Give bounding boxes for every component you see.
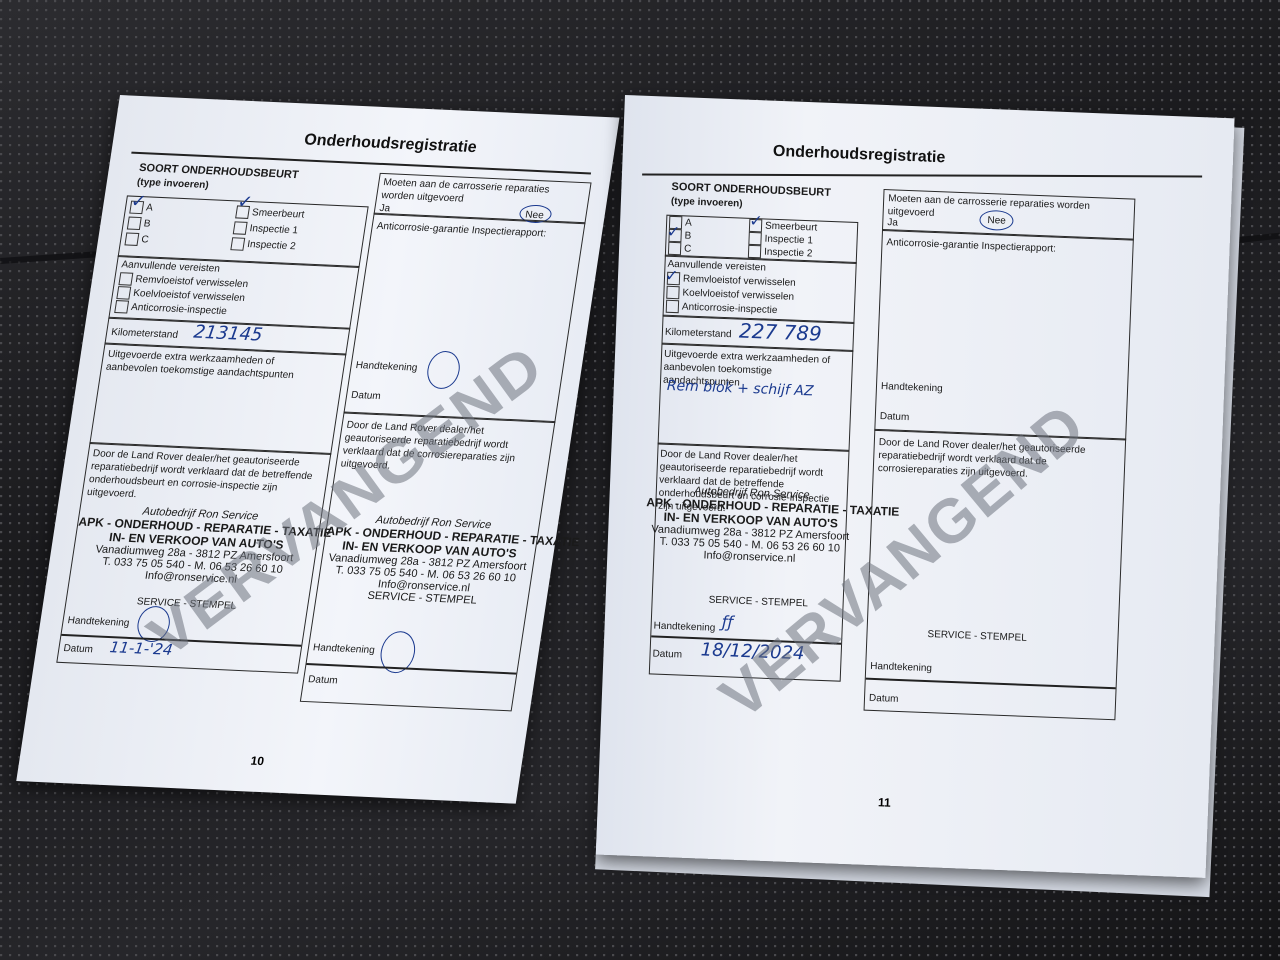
mileage-value: 227 789 [739,319,823,346]
page-title: Onderhoudsregistratie [303,131,478,157]
checkbox-inspectie-2[interactable] [748,245,761,258]
extra-work-box: Uitgevoerde extra werkzaamheden of aanbe… [89,343,346,455]
page-title: Onderhoudsregistratie [773,143,946,168]
checkbox-koelvloeistof[interactable] [116,286,131,300]
date-label: Datum [307,673,338,687]
bodywork-question: Moeten aan de carrosserie reparaties wor… [380,176,584,211]
date-label: Datum [62,642,93,656]
date-label: Datum [350,389,381,403]
anticorrosion-box: Anticorrosie-garantie Inspectierapport: … [874,229,1134,441]
check-mark-icon: ✓ [749,211,763,231]
check-mark-icon: ✓ [665,266,679,286]
signature-label: Handtekening [355,359,419,375]
page-number: 11 [878,795,891,809]
mileage-value: 213145 [192,322,264,346]
date-label: Datum [652,647,682,661]
check-mark-icon: ✓ [130,191,148,213]
type-subheading: (type invoeren) [671,195,743,211]
checkbox-inspectie-1[interactable] [748,232,761,245]
checkbox-c[interactable] [668,242,681,255]
booklet-page-right: Onderhoudsregistratie SOORT ONDERHOUDSBE… [596,95,1235,878]
check-mark-icon: ✓ [666,222,680,242]
type-subheading: (type invoeren) [136,176,210,192]
signature-label: Handtekening [881,380,943,395]
checkbox-inspectie-2[interactable] [230,237,245,251]
signature-label: Handtekening [653,619,715,634]
checkbox-anticorrosie[interactable] [666,300,679,313]
check-mark-icon: ✓ [236,192,254,214]
signature-scribble: ƒƒ [721,612,733,631]
mileage-label: Kilometerstand [665,326,732,342]
checkbox-inspectie-1[interactable] [233,221,248,235]
checkbox-remvloeistof[interactable] [118,272,133,286]
extra-requirements-box: Aanvullende vereisten Remvloeistof verwi… [663,255,857,324]
anticorrosion-label: Anticorrosie-garantie Inspectierapport: [376,220,558,241]
page-number: 10 [250,754,265,769]
bodywork-yes: Ja [887,216,898,229]
checkbox-koelvloeistof[interactable] [666,286,679,299]
mileage-label: Kilometerstand [110,326,179,342]
checkbox-anticorrosie[interactable] [114,300,129,314]
date-label: Datum [880,410,910,424]
signature-label: Handtekening [67,614,131,630]
signature-label: Handtekening [312,641,376,657]
date-label: Datum [869,692,899,706]
checkbox-c[interactable] [124,232,139,246]
anticorrosion-label: Anticorrosie-garantie Inspectierapport: [886,236,1086,257]
signature-label: Handtekening [870,660,932,675]
checkbox-b[interactable] [127,217,142,231]
extra-work-box: Uitgevoerde extra werkzaamheden of aanbe… [658,343,854,452]
extra-work-label: Uitgevoerde extra werkzaamheden of aanbe… [105,348,309,383]
answer-circle [979,210,1014,231]
booklet-page-left: Onderhoudsregistratie SOORT ONDERHOUDSBE… [16,95,619,804]
stamp-label: SERVICE - STEMPEL [927,628,1027,645]
garage-stamp: Autobedrijf Ron Service APK - ONDERHOUD … [644,483,857,567]
title-rule [642,173,1202,176]
dealer-statement: Door de Land Rover dealer/het geautorise… [86,447,319,509]
